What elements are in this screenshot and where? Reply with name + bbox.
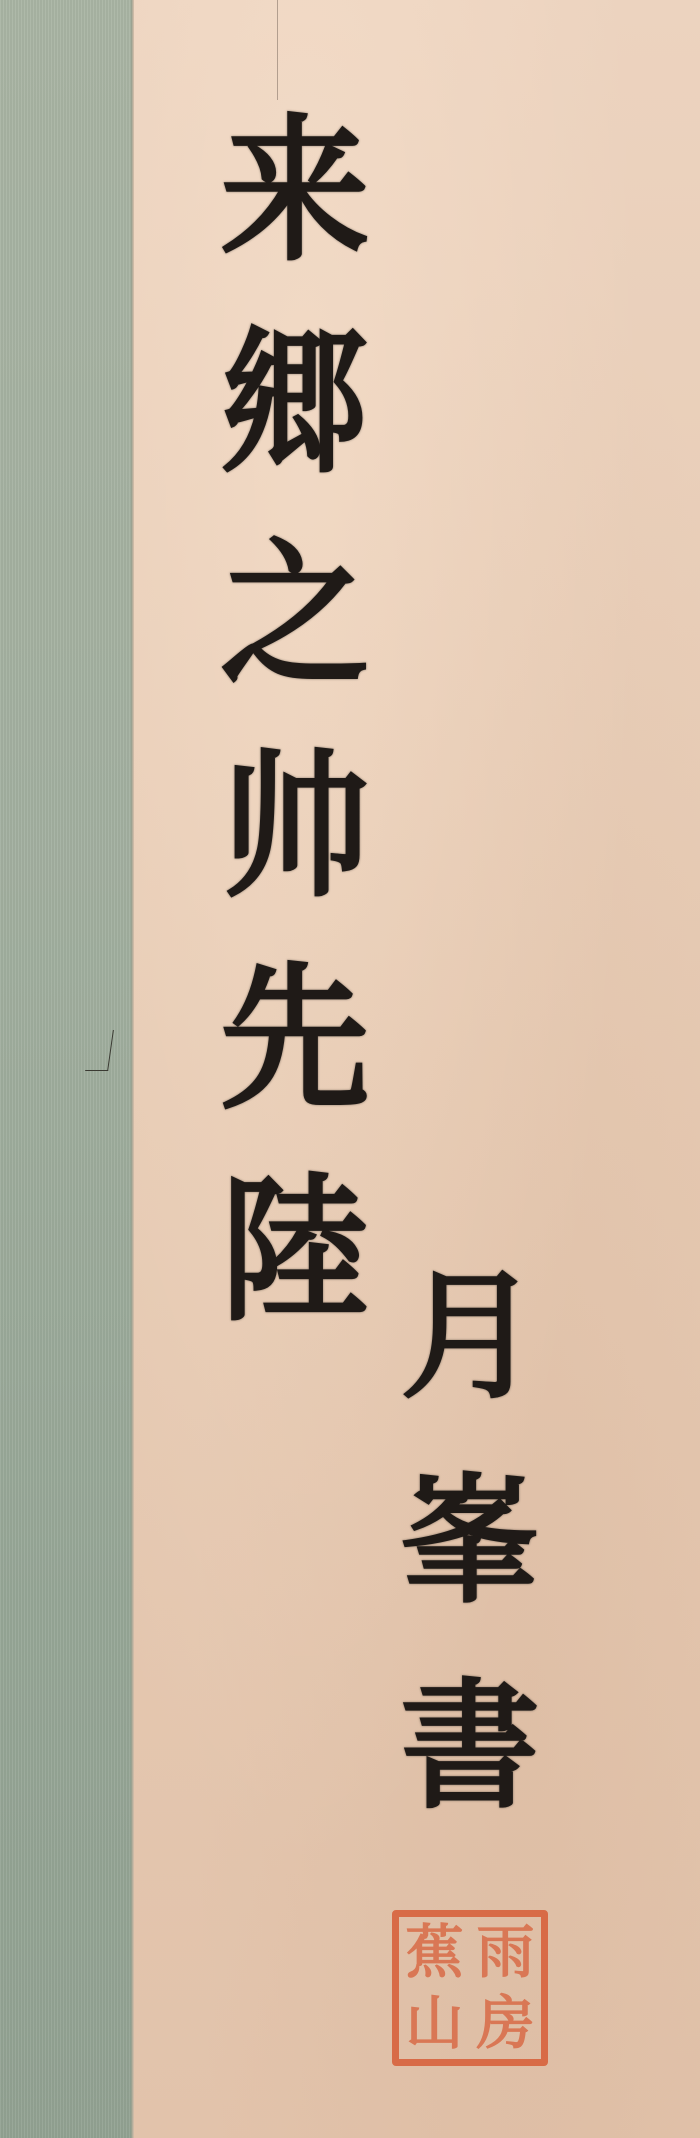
calligraphy-character: 先 bbox=[220, 928, 370, 1151]
signature-column: 月 峯 書 bbox=[385, 1235, 555, 1850]
calligraphy-character: 帅 bbox=[220, 716, 370, 939]
main-calligraphy-column: 来 郷 之 帅 先 陸 bbox=[205, 85, 385, 1357]
seal-character: 山 bbox=[399, 1988, 470, 2059]
seal-character: 房 bbox=[470, 1988, 541, 2059]
calligraphy-character: 来 bbox=[220, 80, 370, 303]
calligraphy-character: 郷 bbox=[220, 292, 370, 515]
calligraphy-character: 陸 bbox=[220, 1140, 370, 1363]
signature-character: 月 bbox=[400, 1235, 540, 1440]
calligraphy-character: 之 bbox=[220, 504, 370, 727]
signature-character: 書 bbox=[400, 1645, 540, 1850]
scroll-mount bbox=[0, 0, 133, 2138]
red-seal-stamp: 蕉 雨 山 房 bbox=[392, 1910, 548, 2066]
seal-character: 雨 bbox=[470, 1917, 541, 1988]
signature-character: 峯 bbox=[400, 1440, 540, 1645]
seal-character: 蕉 bbox=[399, 1917, 470, 1988]
